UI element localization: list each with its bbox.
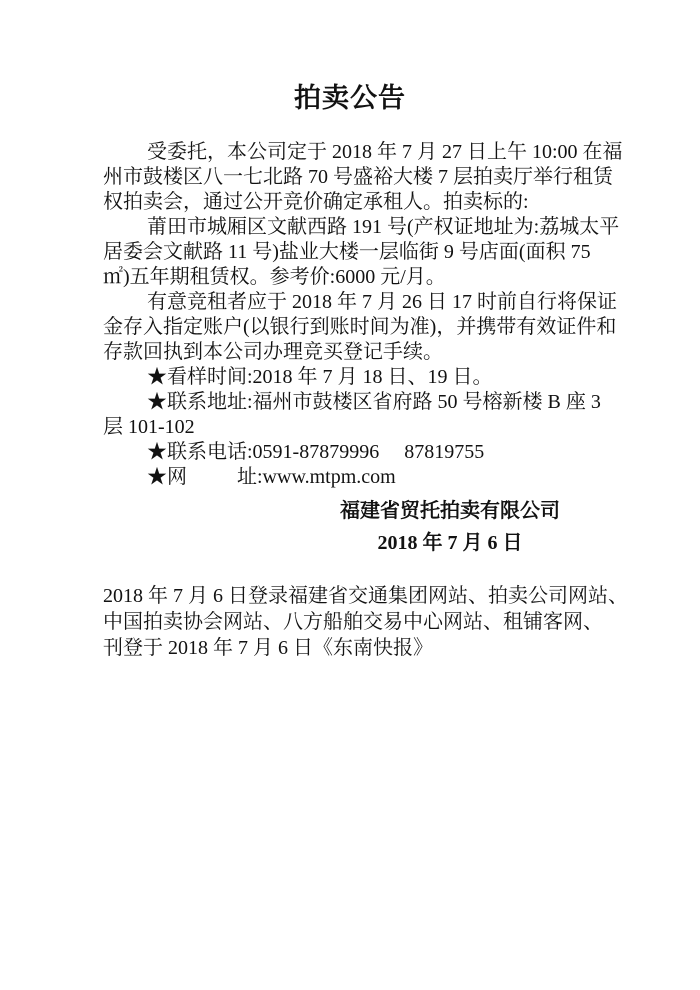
contact-phone-line: ★联系电话:0591-87879996 87819755 bbox=[103, 440, 643, 465]
signature-date: 2018 年 7 月 6 日 bbox=[300, 531, 600, 555]
footer-line: 中国拍卖协会网站、八方船舶交易中心网站、租铺客网、 bbox=[103, 609, 643, 635]
announcement-page: 拍卖公告 受委托，本公司定于 2018 年 7 月 27 日上午 10:00 在… bbox=[0, 0, 700, 990]
website-line: ★网 址:www.mtpm.com bbox=[103, 465, 643, 490]
contact-address-line: ★联系地址:福州市鼓楼区省府路 50 号榕新楼 B 座 3 bbox=[103, 390, 643, 415]
body-line: 权拍卖会，通过公开竞价确定承租人。拍卖标的: bbox=[103, 190, 643, 215]
body-line: 莆田市城厢区文献西路 191 号(产权证地址为:荔城太平 bbox=[103, 215, 643, 240]
body-line: ㎡)五年期租赁权。参考价:6000 元/月。 bbox=[103, 265, 643, 290]
body-line: 金存入指定账户(以银行到账时间为准)，并携带有效证件和 bbox=[103, 315, 643, 340]
viewing-time-line: ★看样时间:2018 年 7 月 18 日、19 日。 bbox=[103, 365, 643, 390]
signature-block: 福建省贸托拍卖有限公司 2018 年 7 月 6 日 bbox=[300, 499, 600, 555]
body-line: 居委会文献路 11 号)盐业大楼一层临街 9 号店面(面积 75 bbox=[103, 240, 643, 265]
announcement-body: 受委托，本公司定于 2018 年 7 月 27 日上午 10:00 在福 州市鼓… bbox=[103, 140, 643, 490]
footer-line: 刊登于 2018 年 7 月 6 日《东南快报》 bbox=[103, 635, 643, 661]
publication-note: 2018 年 7 月 6 日登录福建省交通集团网站、拍卖公司网站、 中国拍卖协会… bbox=[103, 583, 643, 661]
page-title: 拍卖公告 bbox=[0, 84, 700, 112]
contact-address-line: 层 101-102 bbox=[103, 415, 643, 440]
body-line: 州市鼓楼区八一七北路 70 号盛裕大楼 7 层拍卖厅举行租赁 bbox=[103, 165, 643, 190]
body-line: 受委托，本公司定于 2018 年 7 月 27 日上午 10:00 在福 bbox=[103, 140, 643, 165]
body-line: 有意竞租者应于 2018 年 7 月 26 日 17 时前自行将保证 bbox=[103, 290, 643, 315]
company-name: 福建省贸托拍卖有限公司 bbox=[300, 499, 600, 523]
footer-line: 2018 年 7 月 6 日登录福建省交通集团网站、拍卖公司网站、 bbox=[103, 583, 643, 609]
body-line: 存款回执到本公司办理竞买登记手续。 bbox=[103, 340, 643, 365]
